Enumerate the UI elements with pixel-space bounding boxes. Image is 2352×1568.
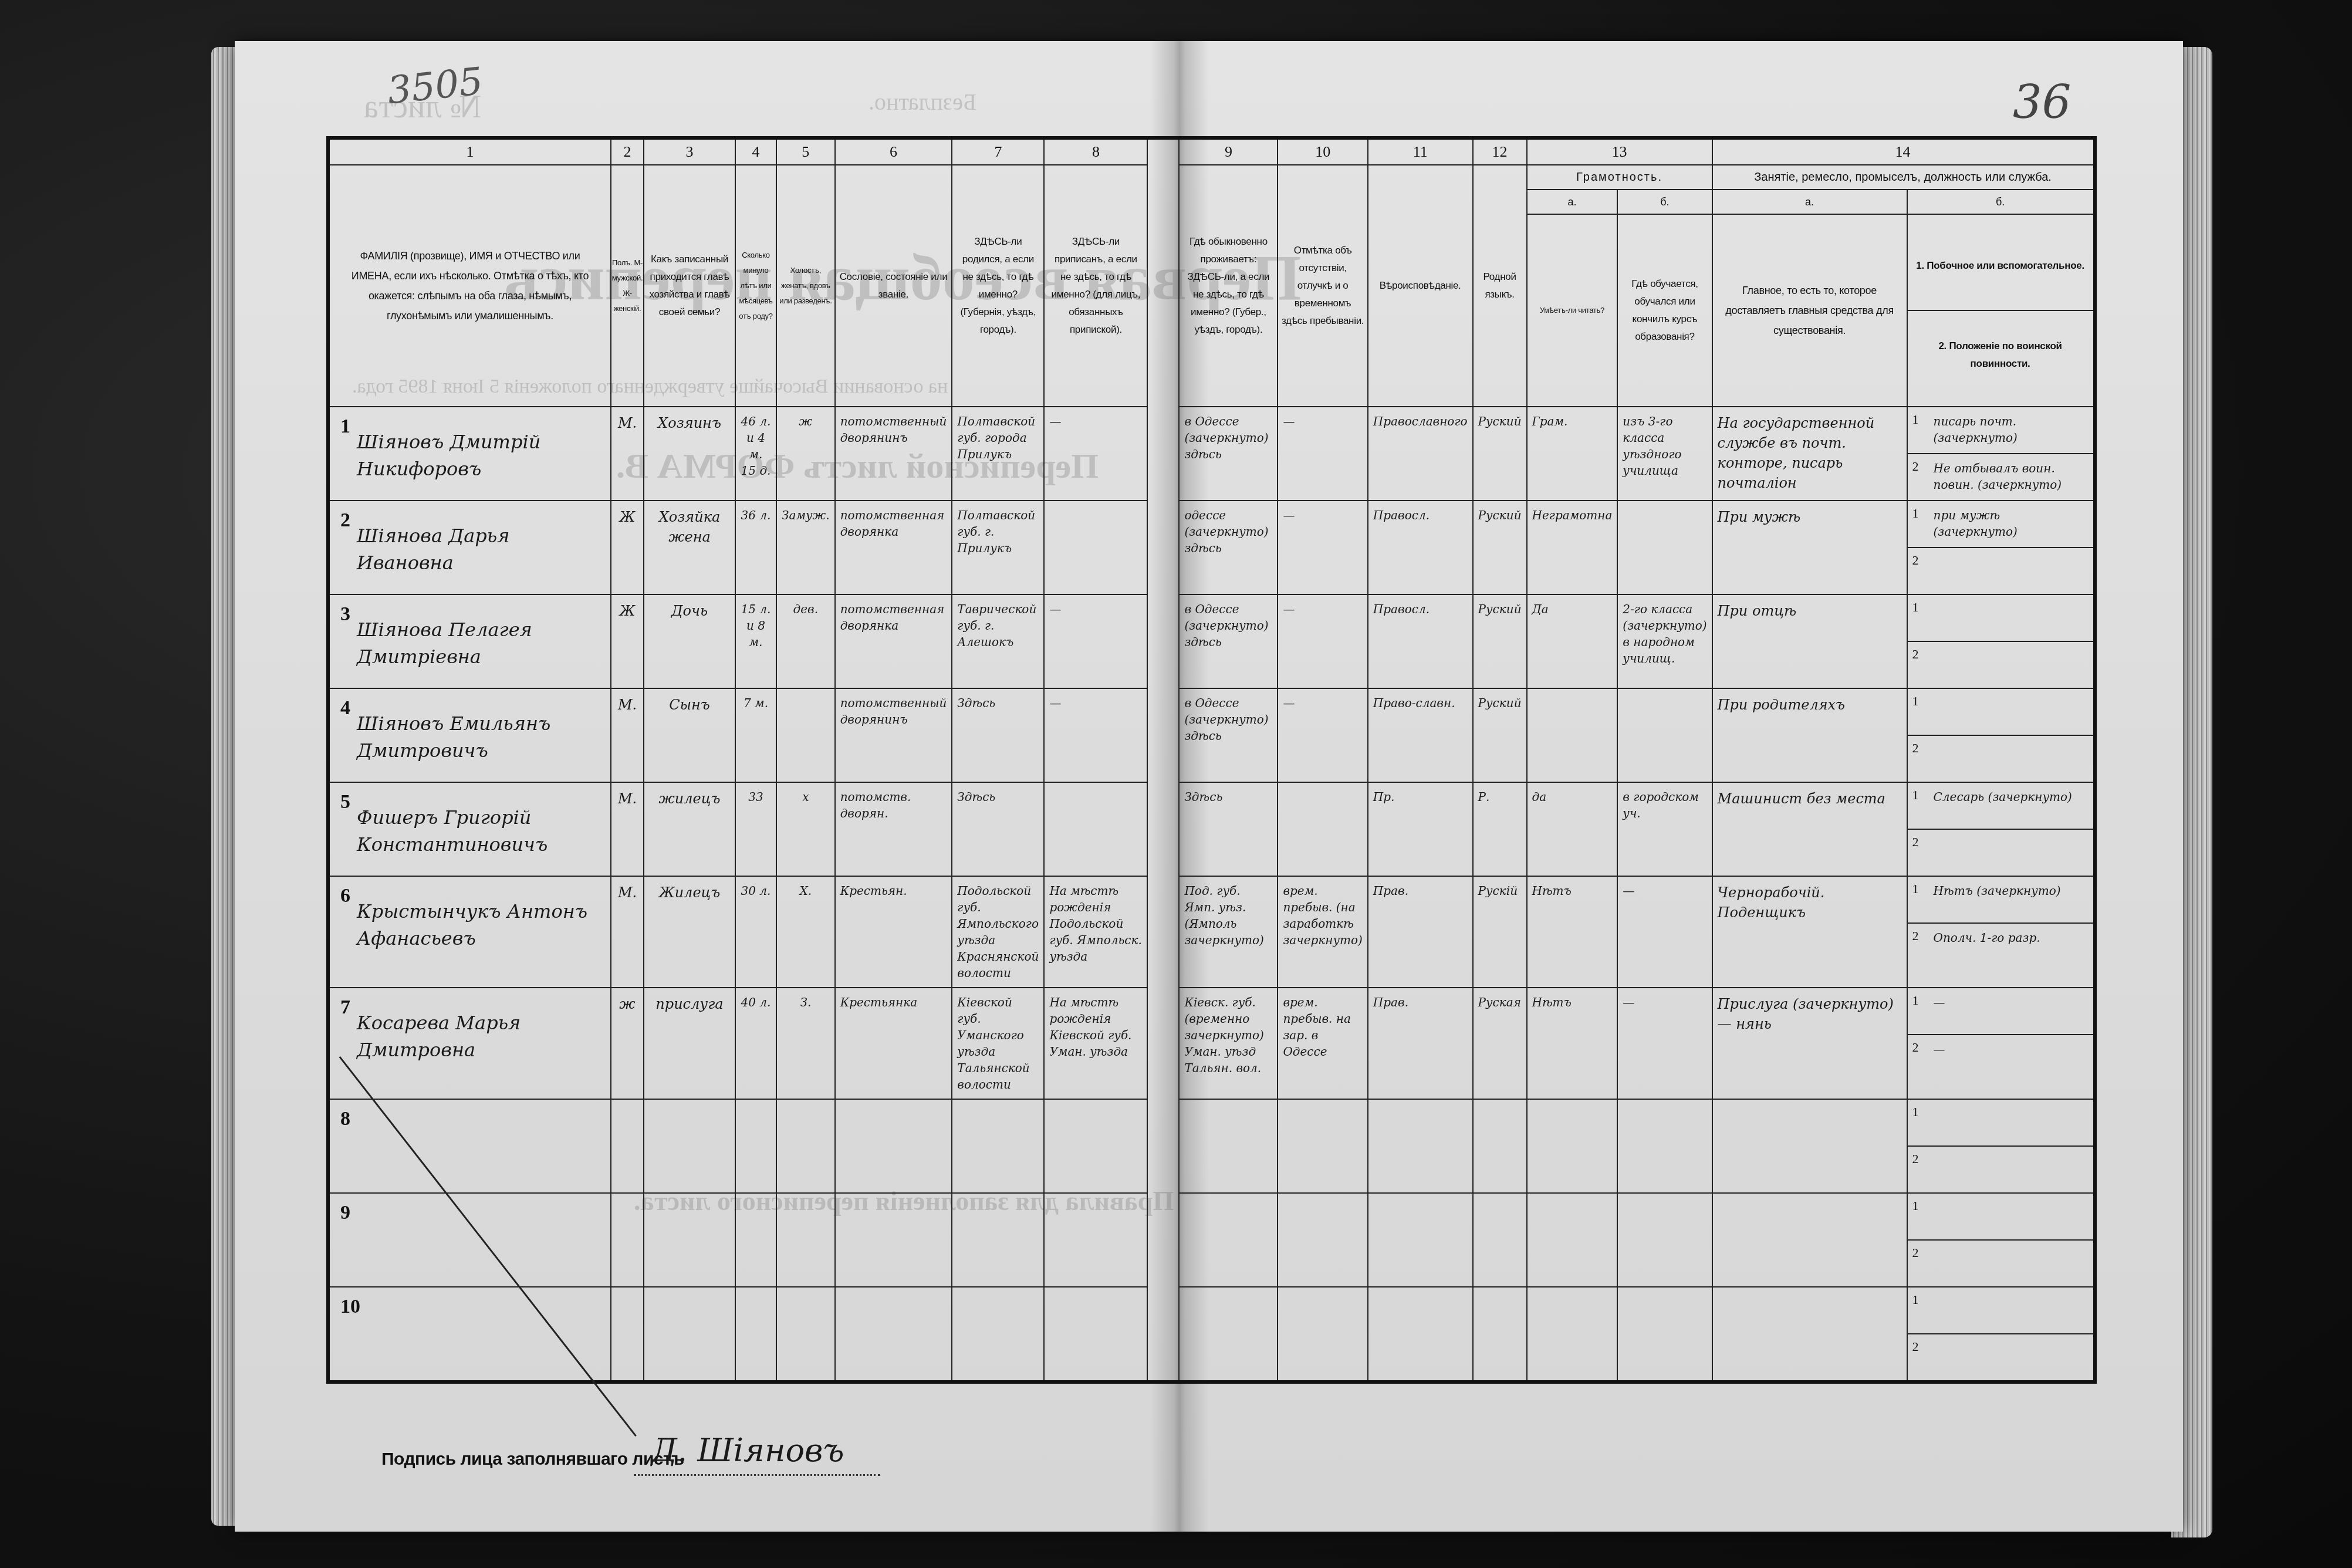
literate-cell: Неграмотна — [1527, 501, 1618, 594]
literate-cell: Да — [1527, 594, 1618, 688]
religion-value: Пр. — [1368, 783, 1472, 811]
sex-value: М. — [611, 783, 643, 815]
registered-value: — — [1045, 595, 1147, 623]
header-education: Гдѣ обучается, обучался или кончилъ курс… — [1617, 214, 1712, 407]
header-estate: Сословіе, состояніе или званіе. — [835, 165, 952, 407]
language-value: Руский — [1474, 689, 1526, 717]
absence-cell — [1278, 782, 1367, 876]
sex-value: М. — [611, 877, 643, 908]
occupation-side-cell: 1—2— — [1907, 988, 2095, 1099]
side-slot-1-label: 1 — [1912, 1292, 1919, 1307]
occupation-side-cell: 1при мужѣ (зачеркнуто)2 — [1907, 501, 2095, 594]
row-number: 4 — [340, 697, 350, 719]
military-status-value: — — [1929, 1035, 2090, 1063]
estate-value: Крестьян. — [836, 877, 952, 905]
name-cell: 3Шіянова Пелагея Дмитріевна — [328, 594, 611, 688]
absence-value: — — [1278, 501, 1367, 529]
table-row: 3Шіянова Пелагея ДмитріевнаЖДочь15 л. и … — [328, 594, 2095, 688]
side-slot-2-label: 2 — [1912, 647, 1919, 662]
registered-value: — — [1045, 407, 1147, 435]
language-value — [1474, 1287, 1526, 1299]
absence-cell: — — [1278, 501, 1367, 594]
estate-value: потомств. дворян. — [836, 783, 952, 827]
marital-value — [777, 689, 834, 701]
education-cell: изъ 3-го класса уѣздного училища — [1617, 407, 1712, 501]
estate-cell: потомств. дворян. — [835, 782, 952, 876]
registered-cell — [1044, 1193, 1147, 1287]
name-cell: 9 — [328, 1193, 611, 1287]
row-number: 6 — [340, 885, 350, 907]
education-value: изъ 3-го класса уѣздного училища — [1618, 407, 1711, 485]
side-slot-2-label: 2 — [1912, 1245, 1919, 1261]
header-literacy-b-label: б. — [1617, 190, 1712, 214]
residence-cell: в Одессе (зачеркнуто) здѣсь — [1179, 407, 1278, 501]
marital-cell — [776, 1193, 835, 1287]
side-slot-1-label: 1 — [1912, 1104, 1919, 1120]
estate-value: потомственная дворянка — [836, 501, 952, 546]
spine-gap — [1147, 407, 1179, 501]
occupation-side-value: Нѣтъ (зачеркнуто) — [1929, 877, 2090, 905]
religion-value: Прав. — [1368, 988, 1472, 1016]
side-slot-2-label: 2 — [1912, 928, 1919, 944]
age-cell: 33 — [735, 782, 776, 876]
name-value: Шіянова Пелагея Дмитріевна — [330, 595, 610, 670]
marital-value: Х. — [777, 877, 834, 905]
education-cell: в городском уч. — [1617, 782, 1712, 876]
table-row: 5Фишеръ Григорій КонстантиновичъМ.жилецъ… — [328, 782, 2095, 876]
name-value: Шіяновъ Емильянъ Дмитровичъ — [330, 689, 610, 764]
name-value: Фишеръ Григорій Константиновичъ — [330, 783, 610, 858]
registered-cell — [1044, 782, 1147, 876]
col-number-13: 13 — [1527, 138, 1712, 165]
language-value: Руская — [1474, 988, 1526, 1016]
absence-value: — — [1278, 407, 1367, 435]
birthplace-value: Полтавской губ. города Прилукъ — [952, 407, 1043, 468]
header-relation: Какъ записанный приходится главѣ хозяйст… — [644, 165, 735, 407]
name-cell: 1Шіяновъ Дмитрій Никифоровъ — [328, 407, 611, 501]
literate-cell: Нѣтъ — [1527, 876, 1618, 988]
religion-value: Прав. — [1368, 877, 1472, 905]
education-cell: — — [1617, 876, 1712, 988]
col-number-7: 7 — [952, 138, 1044, 165]
birthplace-value — [952, 1100, 1043, 1111]
header-marital: Холостъ, женатъ, вдовъ или разведенъ. — [776, 165, 835, 407]
military-status-value — [1929, 548, 2090, 560]
absence-cell — [1278, 1193, 1367, 1287]
side-slot-2-label: 2 — [1912, 553, 1919, 568]
occupation-main-cell — [1712, 1287, 1907, 1382]
marital-value: дев. — [777, 595, 834, 623]
registered-cell: — — [1044, 688, 1147, 782]
occupation-side-cell: 12 — [1907, 688, 2095, 782]
literate-cell: да — [1527, 782, 1618, 876]
name-cell: 7Косарева Марья Дмитровна — [328, 988, 611, 1099]
relation-cell: прислуга — [644, 988, 735, 1099]
military-status-value — [1929, 1241, 2090, 1252]
religion-cell: Правосл. — [1368, 594, 1473, 688]
birthplace-value: Таврической губ. г. Алешокъ — [952, 595, 1043, 656]
registered-cell: — — [1044, 594, 1147, 688]
education-value — [1618, 1194, 1711, 1205]
row-number: 9 — [340, 1202, 350, 1224]
sex-value — [611, 1194, 643, 1205]
relation-cell — [644, 1193, 735, 1287]
registered-value — [1045, 501, 1147, 513]
header-military-status: 2. Положеніе по воинской повинности. — [1908, 311, 2093, 399]
occupation-side-value: — — [1929, 988, 2090, 1016]
age-value: 30 л. — [736, 877, 776, 905]
occupation-main-cell: При отцѣ — [1712, 594, 1907, 688]
religion-value: Правосл. — [1368, 595, 1472, 623]
birthplace-cell — [952, 1287, 1044, 1382]
table-row: 1012 — [328, 1287, 2095, 1382]
header-religion: Вѣроисповѣданіе. — [1368, 165, 1473, 407]
occupation-side-cell: 12 — [1907, 1099, 2095, 1193]
estate-value: потомственный дворянинъ — [836, 407, 952, 452]
absence-value — [1278, 1194, 1367, 1205]
occupation-side-value — [1929, 689, 2090, 701]
header-occupation-side: 1. Побочное или вспомогательное. — [1908, 222, 2093, 311]
absence-cell: — — [1278, 407, 1367, 501]
religion-value — [1368, 1100, 1472, 1111]
side-slot-2-label: 2 — [1912, 1151, 1919, 1167]
birthplace-cell: Кіевской губ. Уманского уѣзда Тальянской… — [952, 988, 1044, 1099]
side-slot-2-label: 2 — [1912, 459, 1919, 474]
absence-cell: — — [1278, 594, 1367, 688]
sex-value — [611, 1100, 643, 1111]
header-occupation-side-cell: 1. Побочное или вспомогательное. 2. Поло… — [1907, 214, 2095, 407]
relation-cell: Хозяйка жена — [644, 501, 735, 594]
estate-cell — [835, 1287, 952, 1382]
language-value: Руский — [1474, 595, 1526, 623]
marital-cell: х — [776, 782, 835, 876]
spine-gap — [1147, 1099, 1179, 1193]
marital-cell: Х. — [776, 876, 835, 988]
residence-cell: в Одессе (зачеркнуто) здѣсь — [1179, 688, 1278, 782]
education-value: — — [1618, 988, 1711, 1016]
literate-value: Неграмотна — [1528, 501, 1617, 529]
education-value — [1618, 1287, 1711, 1299]
sex-value: Ж — [611, 501, 643, 533]
residence-cell: одессе (зачеркнуто) здѣсь — [1179, 501, 1278, 594]
col-number-12: 12 — [1473, 138, 1527, 165]
table-row: 7Косарева Марья Дмитровнажприслуга40 л.З… — [328, 988, 2095, 1099]
literate-value — [1528, 1194, 1617, 1205]
absence-cell: — — [1278, 688, 1367, 782]
table-row: 6Крыстынчукъ Антонъ АфанасьевъМ.Жилецъ30… — [328, 876, 2095, 988]
table-row: 812 — [328, 1099, 2095, 1193]
marital-cell — [776, 1287, 835, 1382]
sex-cell: М. — [611, 876, 644, 988]
name-cell: 5Фишеръ Григорій Константиновичъ — [328, 782, 611, 876]
sex-cell — [611, 1287, 644, 1382]
relation-cell — [644, 1099, 735, 1193]
registered-cell: — — [1044, 407, 1147, 501]
literate-cell — [1527, 1287, 1618, 1382]
spine-gap — [1147, 688, 1179, 782]
occupation-side-value — [1929, 1100, 2090, 1111]
registered-value — [1045, 1287, 1147, 1299]
col-number-6: 6 — [835, 138, 952, 165]
education-value — [1618, 689, 1711, 701]
registered-cell: На мѣстѣ рожденія Подольской губ. Ямполь… — [1044, 876, 1147, 988]
age-value: 33 — [736, 783, 776, 811]
estate-value — [836, 1100, 952, 1111]
age-cell: 46 л. и 4 м. 15 д. — [735, 407, 776, 501]
table-row: 4Шіяновъ Емильянъ ДмитровичъМ.Сынъ7 м.по… — [328, 688, 2095, 782]
occupation-main-cell — [1712, 1193, 1907, 1287]
military-status-value — [1929, 642, 2090, 654]
literate-value: Грам. — [1528, 407, 1617, 435]
education-cell: 2-го класса (зачеркнуто) в народном учил… — [1617, 594, 1712, 688]
marital-value — [777, 1194, 834, 1205]
military-status-value — [1929, 1147, 2090, 1158]
registered-value: На мѣстѣ рожденія Кіевской губ. Уман. уѣ… — [1045, 988, 1147, 1066]
language-value: Руский — [1474, 407, 1526, 435]
header-language: Родной языкъ. — [1473, 165, 1527, 407]
literate-cell: Грам. — [1527, 407, 1618, 501]
military-status-value — [1929, 1334, 2090, 1346]
name-value: Крыстынчукъ Антонъ Афанасьевъ — [330, 877, 610, 952]
literate-value — [1528, 1100, 1617, 1111]
military-status-value — [1929, 736, 2090, 748]
military-status-value — [1929, 830, 2090, 842]
residence-value — [1180, 1287, 1277, 1299]
language-value — [1474, 1100, 1526, 1111]
marital-value: ж — [777, 407, 834, 435]
birthplace-value — [952, 1194, 1043, 1205]
sex-cell: М. — [611, 688, 644, 782]
relation-value: Хозяйка жена — [644, 501, 735, 553]
religion-cell — [1368, 1287, 1473, 1382]
birthplace-cell — [952, 1193, 1044, 1287]
name-value: Шіянова Дарья Ивановна — [330, 501, 610, 576]
education-value: в городском уч. — [1618, 783, 1711, 827]
absence-value: врем. пребыв. (на заработкѣ зачеркнуто) — [1278, 877, 1367, 954]
language-cell: Руский — [1473, 501, 1527, 594]
marital-value — [777, 1287, 834, 1299]
literate-value — [1528, 1287, 1617, 1299]
literate-value: Нѣтъ — [1528, 877, 1617, 905]
census-table: 1 2 3 4 5 6 7 8 9 10 11 12 13 14 ФАМИЛІЯ… — [326, 136, 2097, 1384]
header-occupation-main: Главное, то есть то, которое доставляетъ… — [1712, 214, 1907, 407]
residence-cell: в Одессе (зачеркнуто) здѣсь — [1179, 594, 1278, 688]
language-cell: Руская — [1473, 988, 1527, 1099]
age-value: 40 л. — [736, 988, 776, 1016]
row-number: 7 — [340, 996, 350, 1019]
spine-gap — [1147, 138, 1179, 165]
occupation-side-value: при мужѣ (зачеркнуто) — [1929, 501, 2090, 546]
name-value — [330, 1194, 610, 1215]
age-cell: 15 л. и 8 м. — [735, 594, 776, 688]
header-age: Сколько минуло лѣтъ или мѣсяцевъ отъ род… — [735, 165, 776, 407]
census-table-body: 1Шіяновъ Дмитрій НикифоровъМ.Хозяинъ46 л… — [328, 407, 2095, 1382]
absence-value — [1278, 1100, 1367, 1111]
religion-cell: Правосл. — [1368, 501, 1473, 594]
spine-gap — [1147, 876, 1179, 988]
sex-cell: М. — [611, 407, 644, 501]
spine-gap — [1147, 165, 1179, 407]
language-value: Руский — [1474, 501, 1526, 529]
marital-cell: З. — [776, 988, 835, 1099]
column-group-row: ФАМИЛІЯ (прозвище), ИМЯ и ОТЧЕСТВО или И… — [328, 165, 2095, 190]
row-number: 10 — [340, 1296, 360, 1318]
education-value — [1618, 1100, 1711, 1111]
spine-gap — [1147, 1193, 1179, 1287]
header-can-read: Умѣетъ-ли читать? — [1527, 214, 1618, 407]
language-value — [1474, 1194, 1526, 1205]
birthplace-cell — [952, 1099, 1044, 1193]
col-number-3: 3 — [644, 138, 735, 165]
absence-cell: врем. пребыв. на зар. в Одессе — [1278, 988, 1367, 1099]
sex-cell: Ж — [611, 594, 644, 688]
age-cell — [735, 1099, 776, 1193]
marital-value: х — [777, 783, 834, 811]
estate-cell: Крестьян. — [835, 876, 952, 988]
occupation-main-cell: Прислуга (зачеркнуто) — нянь — [1712, 988, 1907, 1099]
education-cell — [1617, 1193, 1712, 1287]
relation-value: жилецъ — [644, 783, 735, 815]
age-value: 36 л. — [736, 501, 776, 529]
literate-value: Да — [1528, 595, 1617, 623]
spine-gap — [1147, 988, 1179, 1099]
relation-value: Сынъ — [644, 689, 735, 721]
sex-cell — [611, 1193, 644, 1287]
registered-value — [1045, 1100, 1147, 1111]
relation-cell: Дочь — [644, 594, 735, 688]
side-slot-1-label: 1 — [1912, 881, 1919, 897]
occupation-main-value — [1713, 1100, 1907, 1111]
occupation-side-cell: 1Нѣтъ (зачеркнуто)2Ополч. 1-го разр. — [1907, 876, 2095, 988]
occupation-main-cell: При родителяхъ — [1712, 688, 1907, 782]
estate-cell — [835, 1193, 952, 1287]
birthplace-value: Здѣсь — [952, 689, 1043, 717]
header-absence: Отмѣтка объ отсутствіи, отлучкѣ и о врем… — [1278, 165, 1367, 407]
religion-value: Православного — [1368, 407, 1472, 435]
relation-cell — [644, 1287, 735, 1382]
header-name: ФАМИЛІЯ (прозвище), ИМЯ и ОТЧЕСТВО или И… — [328, 165, 611, 407]
absence-cell — [1278, 1287, 1367, 1382]
spine-gap — [1147, 782, 1179, 876]
marital-cell: дев. — [776, 594, 835, 688]
education-cell — [1617, 1099, 1712, 1193]
marital-cell — [776, 1099, 835, 1193]
name-value — [330, 1287, 610, 1309]
signature-value: Д. Шіяновъ — [651, 1432, 844, 1469]
estate-cell — [835, 1099, 952, 1193]
relation-value — [644, 1287, 735, 1299]
religion-cell: Право-славн. — [1368, 688, 1473, 782]
name-cell: 4Шіяновъ Емильянъ Дмитровичъ — [328, 688, 611, 782]
relation-cell: Жилецъ — [644, 876, 735, 988]
education-cell: — — [1617, 988, 1712, 1099]
occupation-side-cell: 12 — [1907, 1287, 2095, 1382]
marital-cell — [776, 688, 835, 782]
residence-value: Под. губ. Ямп. уѣз. (Ямполь зачеркнуто) — [1180, 877, 1277, 954]
sex-value: М. — [611, 407, 643, 439]
estate-cell: потомственная дворянка — [835, 594, 952, 688]
religion-cell — [1368, 1193, 1473, 1287]
birthplace-cell: Полтавской губ. г. Прилукъ — [952, 501, 1044, 594]
religion-value: Правосл. — [1368, 501, 1472, 529]
name-cell: 2Шіянова Дарья Ивановна — [328, 501, 611, 594]
signature-line — [634, 1474, 880, 1476]
language-cell — [1473, 1099, 1527, 1193]
religion-value — [1368, 1194, 1472, 1205]
col-number-10: 10 — [1278, 138, 1367, 165]
absence-value — [1278, 783, 1367, 795]
relation-cell: Сынъ — [644, 688, 735, 782]
side-slot-1-label: 1 — [1912, 412, 1919, 427]
language-cell: Р. — [1473, 782, 1527, 876]
religion-value — [1368, 1287, 1472, 1299]
residence-value: в Одессе (зачеркнуто) здѣсь — [1180, 595, 1277, 656]
language-cell — [1473, 1193, 1527, 1287]
occupation-main-value: При родителяхъ — [1713, 689, 1907, 721]
col-number-11: 11 — [1368, 138, 1473, 165]
residence-value — [1180, 1194, 1277, 1205]
side-slot-1-label: 1 — [1912, 788, 1919, 803]
estate-value — [836, 1194, 952, 1205]
age-cell: 30 л. — [735, 876, 776, 988]
education-value: — — [1618, 877, 1711, 905]
occupation-side-value: писарь почт. (зачеркнуто) — [1929, 407, 2090, 452]
occupation-main-value: Прислуга (зачеркнуто) — нянь — [1713, 988, 1907, 1040]
age-value: 15 л. и 8 м. — [736, 595, 776, 656]
registered-value — [1045, 1194, 1147, 1205]
side-slot-1-label: 1 — [1912, 694, 1919, 709]
occupation-main-cell: Машинист без места — [1712, 782, 1907, 876]
religion-cell: Прав. — [1368, 988, 1473, 1099]
col-number-2: 2 — [611, 138, 644, 165]
sex-value: М. — [611, 689, 643, 721]
occupation-side-value — [1929, 1287, 2090, 1299]
estate-value: Крестьянка — [836, 988, 952, 1016]
age-value: 7 м. — [736, 689, 776, 717]
relation-value — [644, 1194, 735, 1205]
relation-cell: Хозяинъ — [644, 407, 735, 501]
estate-cell: потомственная дворянка — [835, 501, 952, 594]
marital-value: З. — [777, 988, 834, 1016]
residence-value: одессе (зачеркнуто) здѣсь — [1180, 501, 1277, 562]
religion-cell — [1368, 1099, 1473, 1193]
side-slot-1-label: 1 — [1912, 506, 1919, 521]
marital-value — [777, 1100, 834, 1111]
column-number-row: 1 2 3 4 5 6 7 8 9 10 11 12 13 14 — [328, 138, 2095, 165]
row-number: 8 — [340, 1108, 350, 1130]
occupation-side-cell: 12 — [1907, 1193, 2095, 1287]
literate-value: Нѣтъ — [1528, 988, 1617, 1016]
literate-cell — [1527, 1193, 1618, 1287]
education-cell — [1617, 688, 1712, 782]
ghost-free-label: Безплатно. — [869, 88, 976, 116]
sex-cell: Ж — [611, 501, 644, 594]
relation-value: Жилецъ — [644, 877, 735, 908]
birthplace-value: Подольской губ. Ямпольского уѣзда Красня… — [952, 877, 1043, 987]
residence-cell: Здѣсь — [1179, 782, 1278, 876]
birthplace-cell: Подольской губ. Ямпольского уѣзда Красня… — [952, 876, 1044, 988]
estate-value: потомственный дворянинъ — [836, 689, 952, 734]
religion-cell: Православного — [1368, 407, 1473, 501]
occupation-main-value — [1713, 1287, 1907, 1299]
header-occupation-a-label: а. — [1712, 190, 1907, 214]
side-slot-1-label: 1 — [1912, 993, 1919, 1008]
header-registered: ЗДѢСЬ-ли приписанъ, а если не здѣсь, то … — [1044, 165, 1147, 407]
residence-cell — [1179, 1287, 1278, 1382]
row-number: 1 — [340, 415, 350, 438]
residence-value: в Одессе (зачеркнуто) здѣсь — [1180, 407, 1277, 468]
table-row: 912 — [328, 1193, 2095, 1287]
